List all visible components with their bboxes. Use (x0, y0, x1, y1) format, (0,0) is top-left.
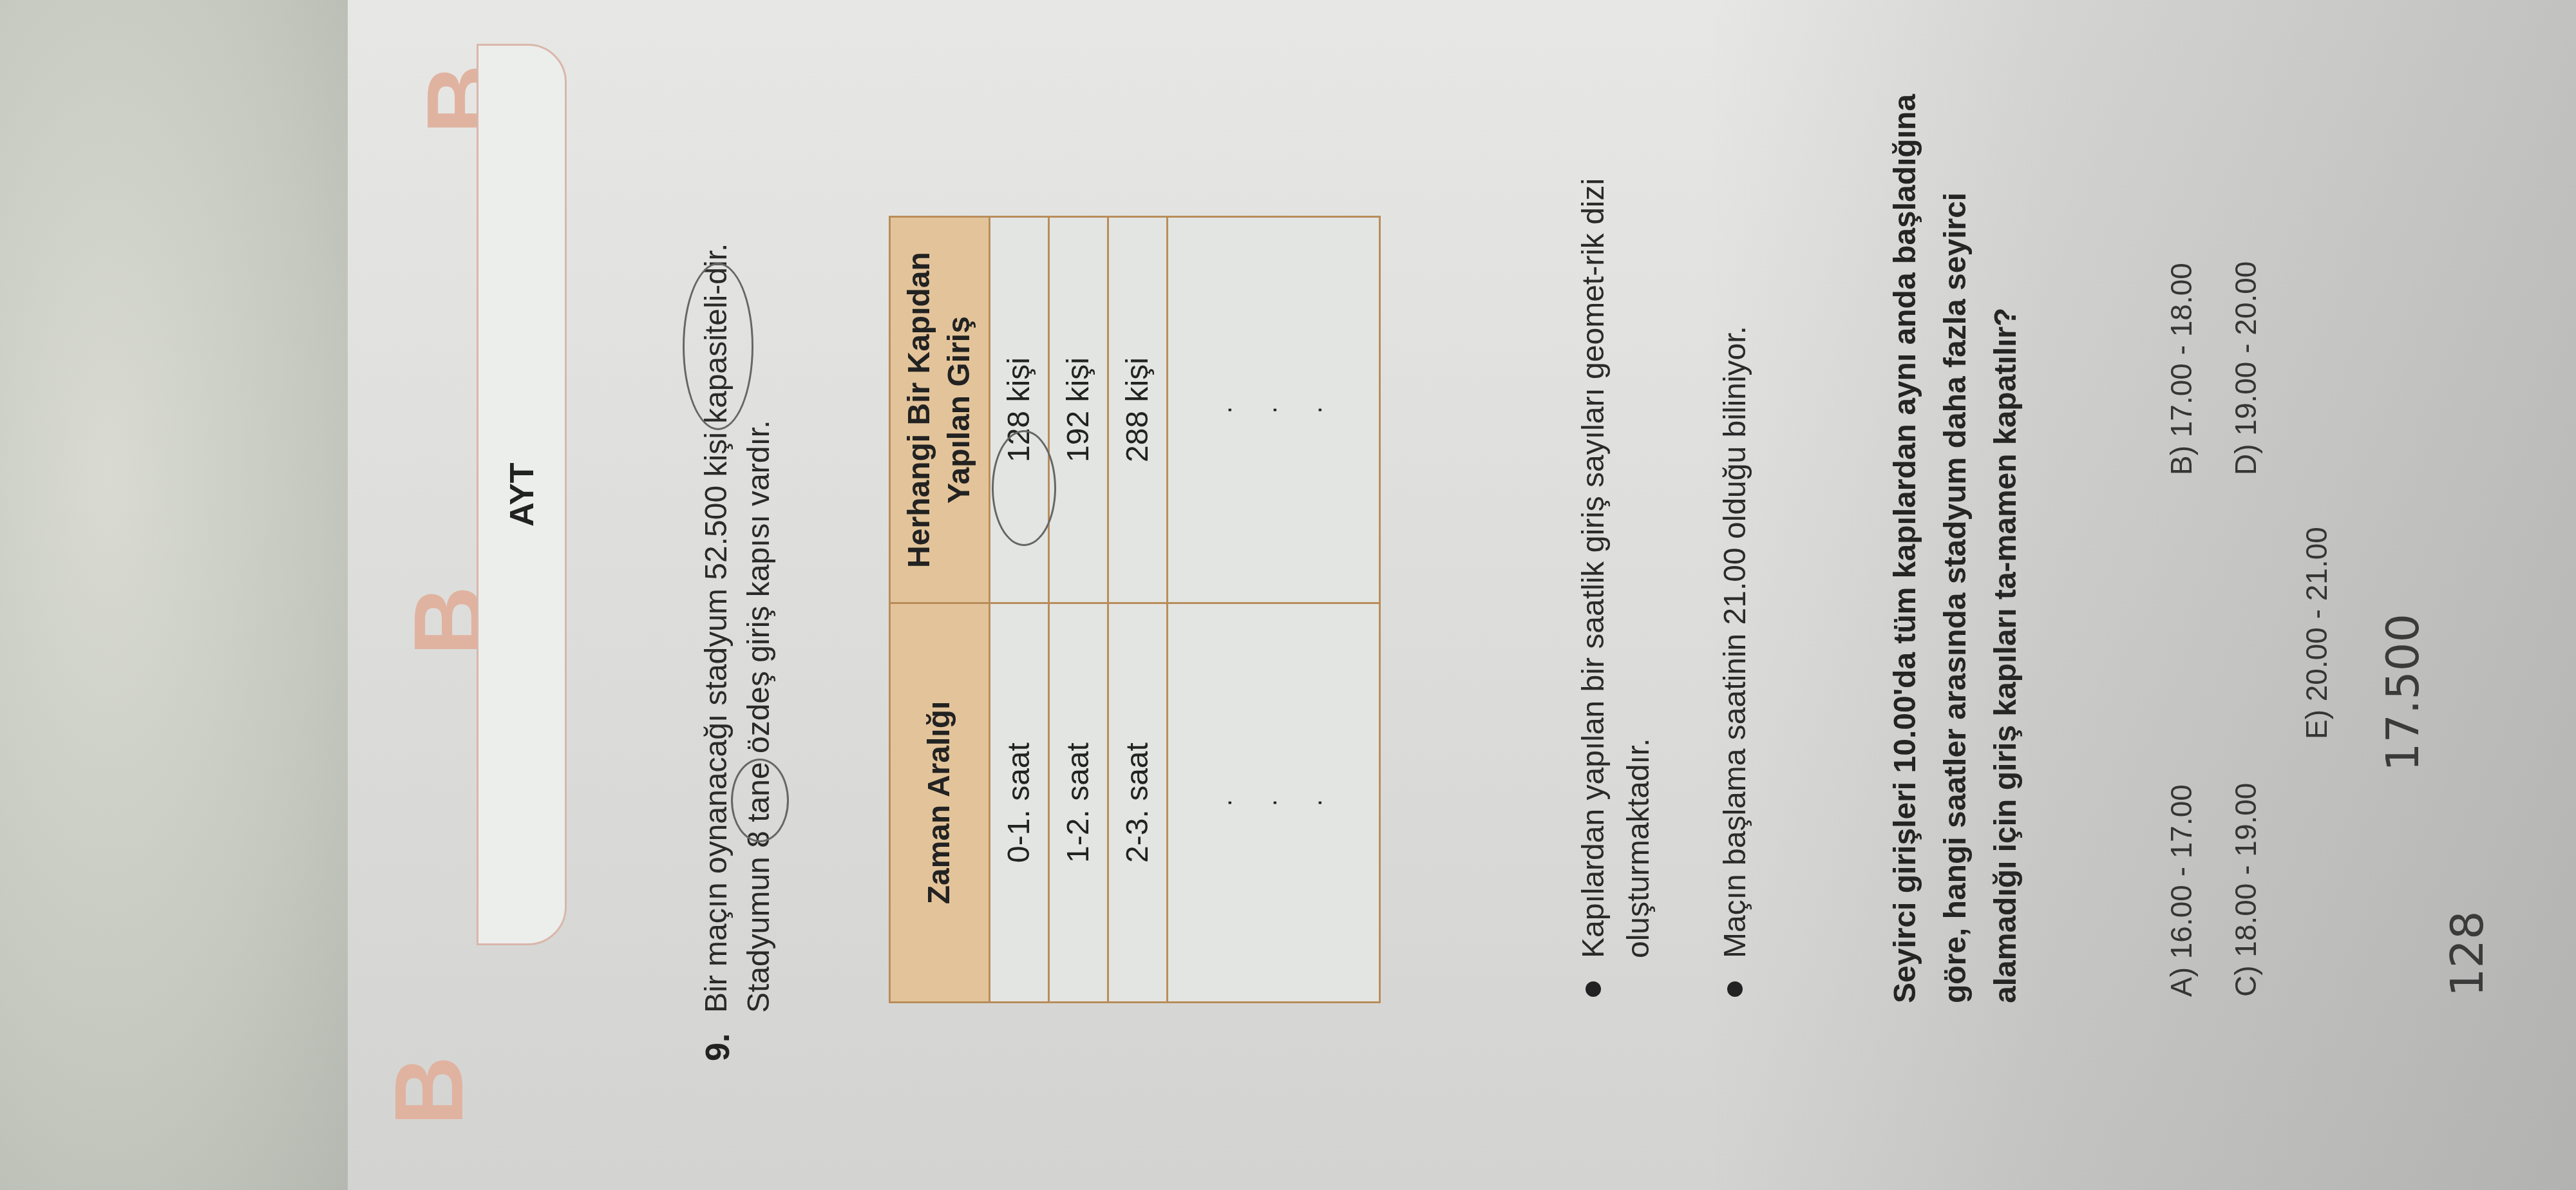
pencil-circle (683, 263, 753, 430)
table-cell: 192 kişi (1049, 217, 1108, 603)
desk-background (0, 0, 361, 1190)
option-c[interactable]: C) 18.00 - 19.00 (2228, 783, 2263, 997)
bullet-text: Kapılardan yapılan bir saatlik giriş say… (1571, 63, 1662, 958)
pencil-circle (731, 759, 789, 842)
handwritten-note: 128 (2441, 911, 2494, 997)
option-key: D) (2229, 444, 2262, 475)
bullet-icon (1586, 981, 1601, 997)
bullet-item: Maçın başlama saatinin 21.00 olduğu bili… (1713, 63, 1758, 997)
option-key: A) (2164, 967, 2198, 997)
option-key: C) (2229, 965, 2262, 997)
table-row: 2-3. saat 288 kişi (1108, 217, 1168, 1003)
option-a[interactable]: A) 16.00 - 17.00 (2164, 784, 2199, 997)
question-intro: Bir maçın oynanacağı stadyum 52.500 kişi… (696, 111, 781, 1013)
bullet-text: Maçın başlama saatinin 21.00 olduğu bili… (1713, 63, 1758, 958)
table-cell-ellipsis: · · · (1168, 217, 1380, 603)
table-cell-ellipsis: · · · (1168, 603, 1380, 1003)
option-b[interactable]: B) 17.00 - 18.00 (2164, 263, 2199, 475)
table-header-time: Zaman Aralığı (890, 603, 990, 1003)
header-band: AYT (477, 44, 567, 945)
table-row: 0-1. saat 128 kişi (990, 217, 1049, 1003)
option-text: 17.00 - 18.00 (2164, 263, 2198, 437)
option-text: 18.00 - 19.00 (2229, 783, 2262, 958)
handwritten-note: 17.500 (2376, 614, 2429, 771)
table-row: 1-2. saat 192 kişi (1049, 217, 1108, 1003)
option-text: 20.00 - 21.00 (2300, 527, 2333, 701)
section-label: AYT (503, 46, 542, 943)
table-cell: 1-2. saat (1049, 603, 1108, 1003)
exam-page: B B B AYT 9. Bir maçın oynanacağı stadyu… (348, 0, 2576, 1190)
table-header-entries: Herhangi Bir Kapıdan Yapılan Giriş (890, 217, 990, 603)
booklet-letter: B (374, 1056, 485, 1126)
bullet-icon (1727, 981, 1743, 997)
table-row: · · · · · · (1168, 217, 1380, 1003)
question-number: 9. (699, 1034, 737, 1061)
option-text: 19.00 - 20.00 (2229, 261, 2262, 436)
option-key: B) (2164, 446, 2198, 475)
entry-table: Zaman Aralığı Herhangi Bir Kapıdan Yapıl… (889, 216, 1381, 1003)
pencil-circle (992, 430, 1056, 546)
option-key: E) (2300, 710, 2333, 739)
option-d[interactable]: D) 19.00 - 20.00 (2228, 261, 2263, 475)
table-cell: 0-1. saat (990, 603, 1049, 1003)
option-text: 16.00 - 17.00 (2164, 784, 2198, 959)
table-cell: 2-3. saat (1108, 603, 1168, 1003)
table-cell: 288 kişi (1108, 217, 1168, 603)
bullet-item: Kapılardan yapılan bir saatlik giriş say… (1571, 63, 1662, 997)
option-e[interactable]: E) 20.00 - 21.00 (2299, 527, 2334, 739)
question-prompt: Seyirci girişleri 10.00'da tüm kapılarda… (1880, 70, 2031, 1003)
